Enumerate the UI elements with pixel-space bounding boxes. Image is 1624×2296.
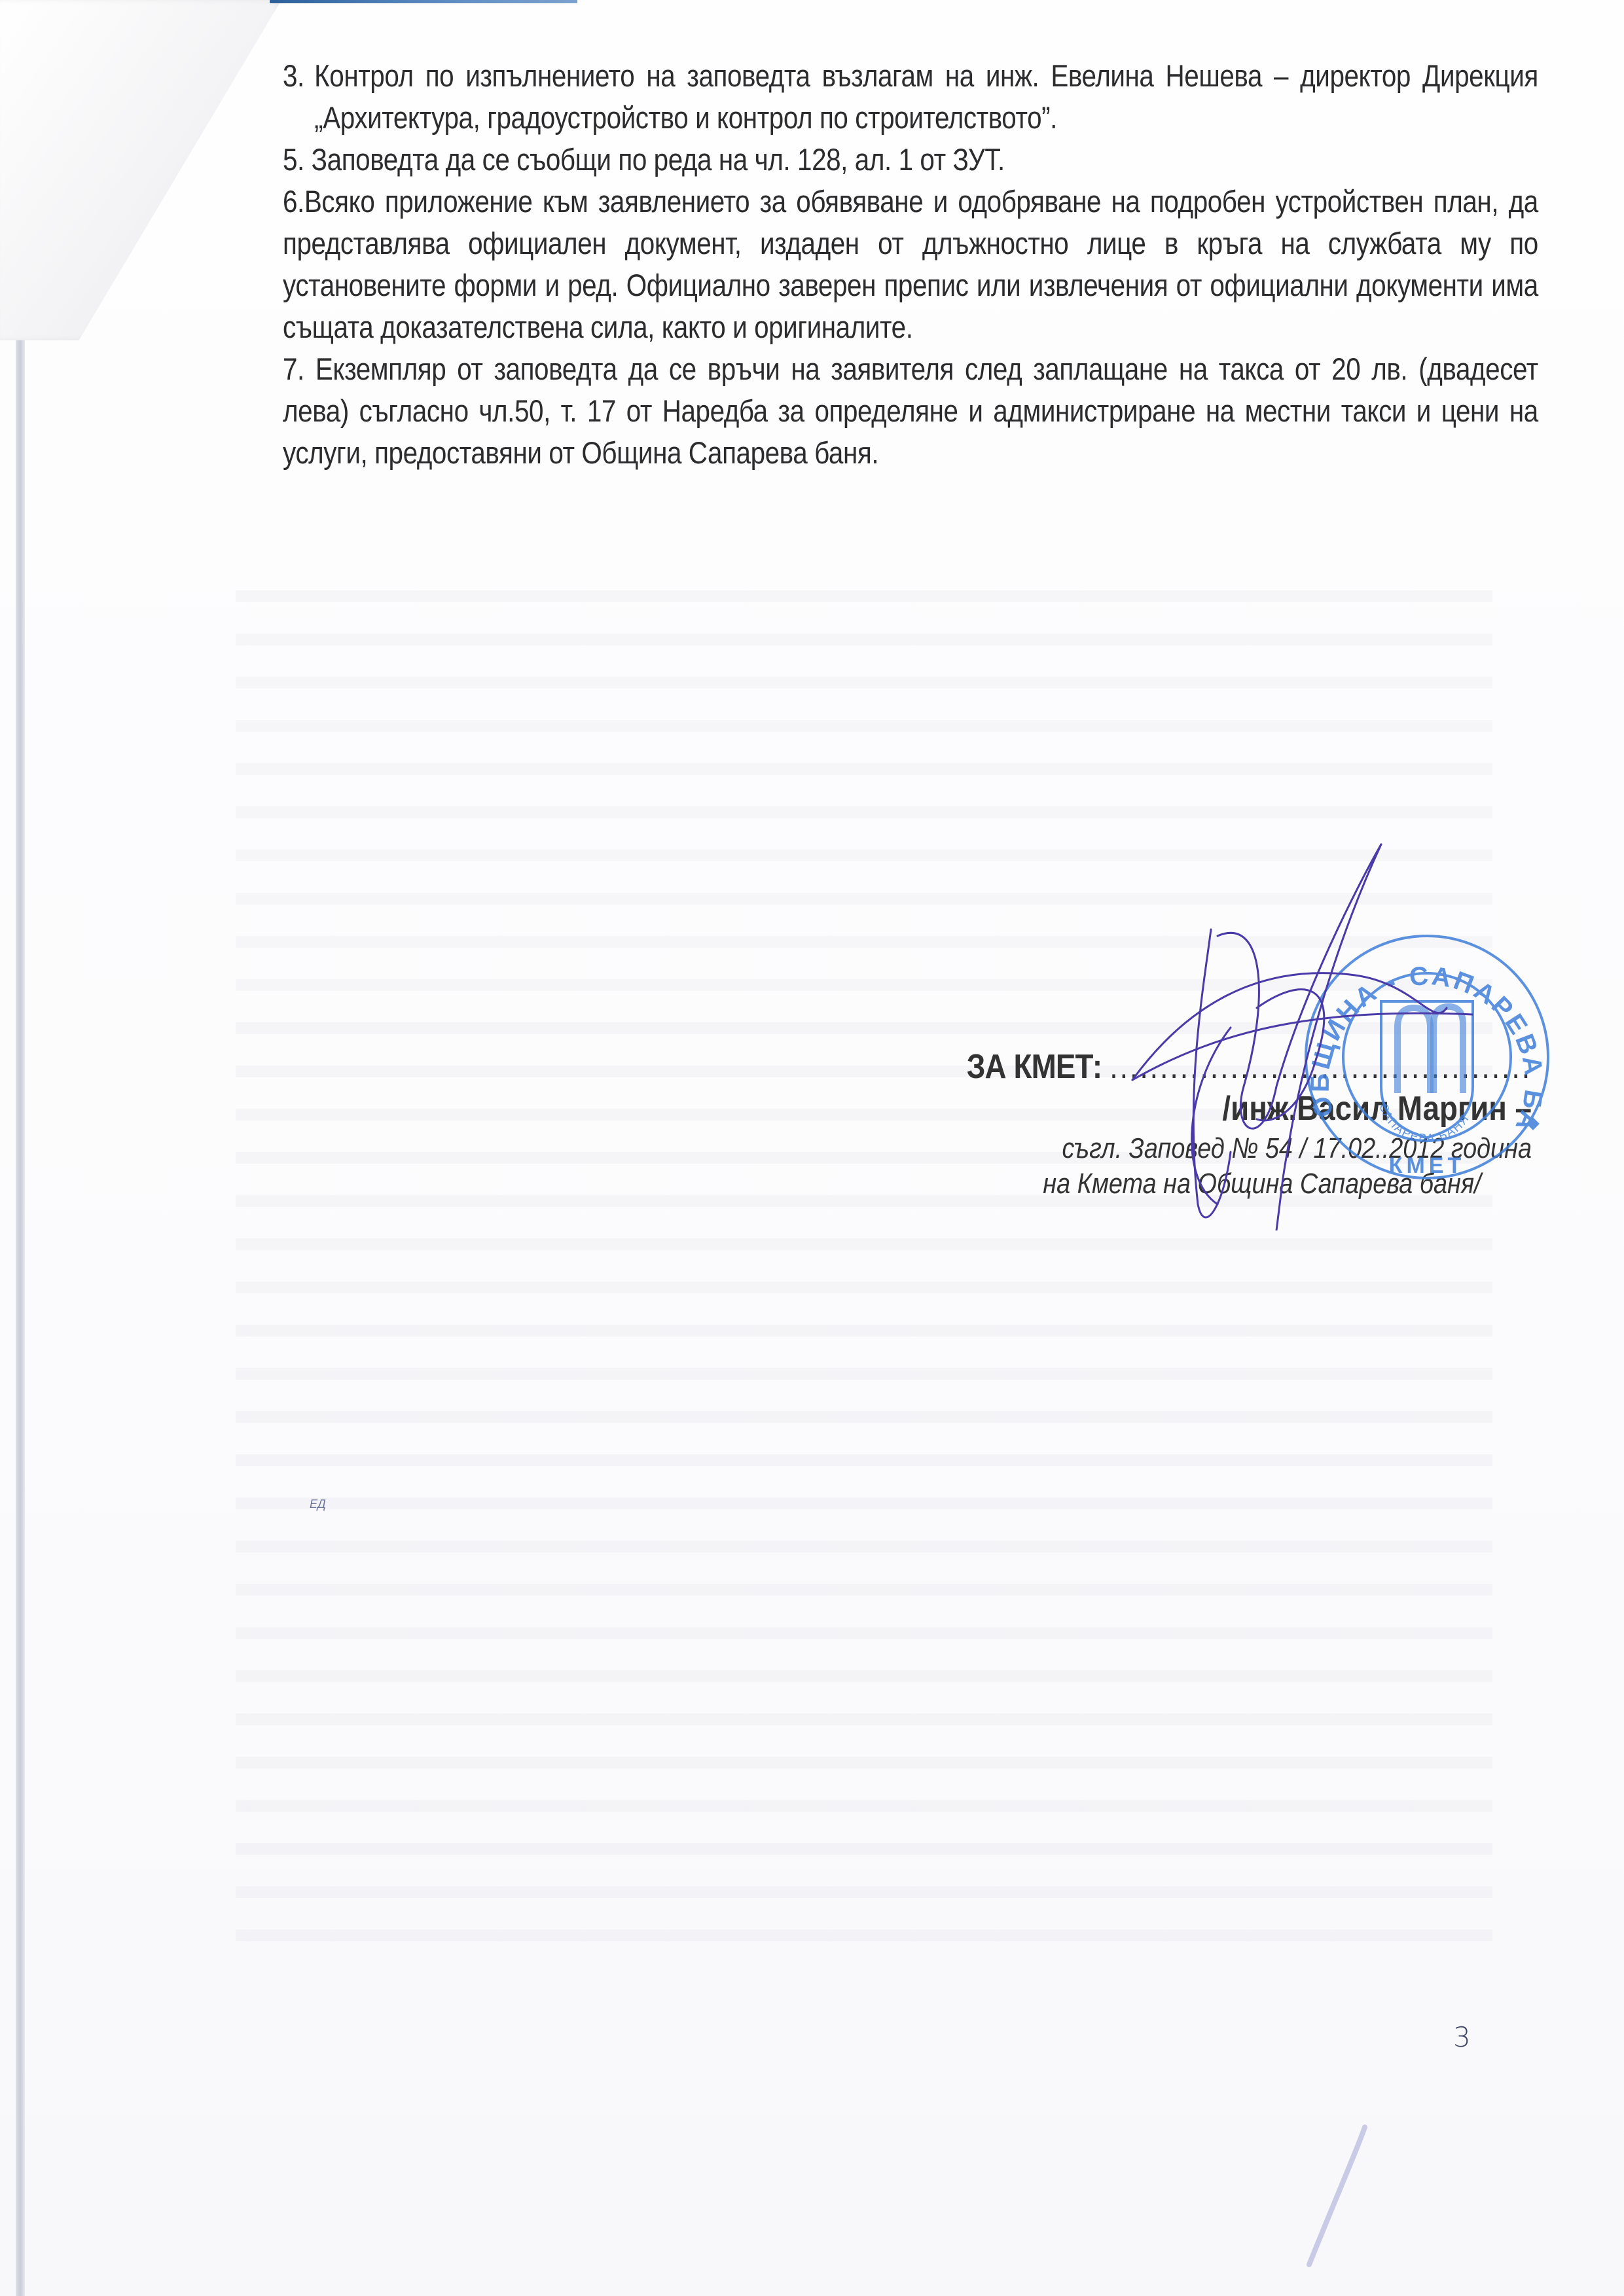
- folded-corner: [0, 0, 281, 340]
- paragraph-text: Екземпляр от заповедта да се връчи на за…: [283, 351, 1538, 470]
- item-number: 3.: [283, 55, 314, 97]
- paragraph-item-7: 7. Екземпляр от заповедта да се връчи на…: [283, 348, 1538, 474]
- paragraph-text: Заповедта да се съобщи по реда на чл. 12…: [312, 142, 1005, 177]
- role-label: ЗА КМЕТ:: [967, 1048, 1102, 1086]
- pen-stroke-mark-icon: [1296, 2121, 1375, 2271]
- back-page-show-through: [236, 576, 1492, 1964]
- paragraph-text: Контрол по изпълнението на заповедта въз…: [314, 58, 1538, 135]
- item-number: 5.: [283, 142, 304, 177]
- scanned-page: 3.Контрол по изпълнението на заповедта в…: [0, 0, 1624, 2296]
- top-edge-mark: [270, 0, 577, 3]
- paragraph-item-3: 3.Контрол по изпълнението на заповедта в…: [283, 55, 1538, 139]
- scan-edge-strip: [16, 0, 25, 2296]
- order-body: 3.Контрол по изпълнението на заповедта в…: [283, 55, 1538, 474]
- item-number: 6.: [283, 184, 304, 219]
- typist-initials: ЕД: [310, 1498, 326, 1511]
- paragraph-item-6: 6.Всяко приложение към заявлението за об…: [283, 181, 1538, 348]
- paragraph-item-5: 5. Заповедта да се съобщи по реда на чл.…: [283, 139, 1538, 181]
- handwritten-signature-icon: [1106, 812, 1473, 1230]
- page-number: 3: [1453, 2021, 1471, 2053]
- paragraph-text: Всяко приложение към заявлението за обяв…: [283, 184, 1538, 344]
- item-number: 7.: [283, 351, 304, 386]
